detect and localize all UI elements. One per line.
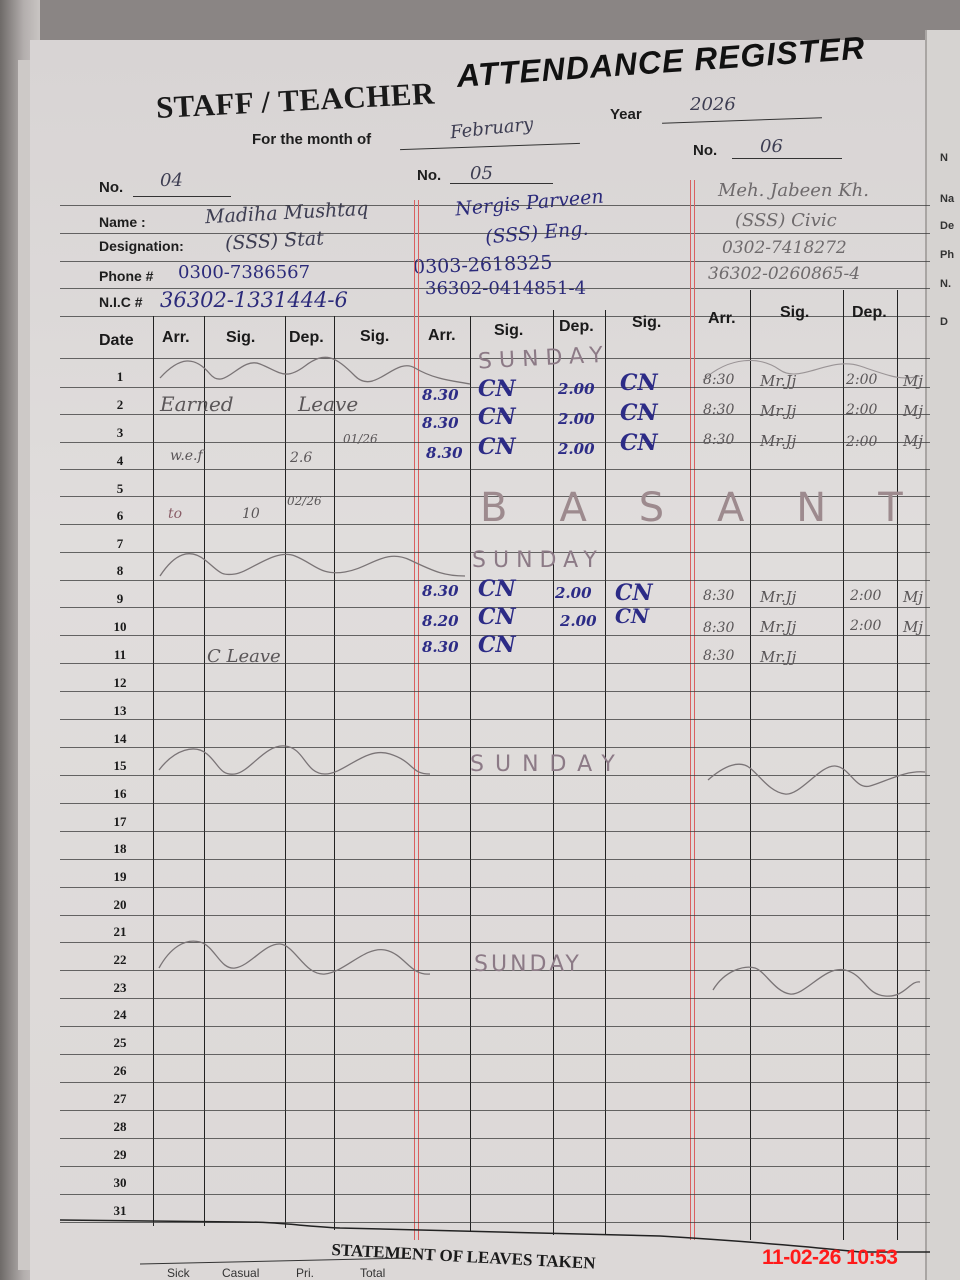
date-cell: 8 (100, 563, 140, 579)
staff3-arrival: 8:30 (703, 402, 734, 418)
staff3-dep-signature: Mj (903, 432, 923, 450)
col-header-dep: Dep. (852, 304, 887, 322)
year-value: 2026 (690, 94, 736, 115)
staff2-arrival: 8.20 (422, 612, 459, 630)
date-cell: 10 (100, 619, 140, 635)
date-cell: 7 (100, 536, 140, 552)
rule (60, 288, 930, 289)
staff3-arrival: 8:30 (703, 588, 734, 604)
date-cell: 14 (100, 731, 140, 747)
col-header-arr: Arr. (428, 327, 456, 345)
date-cell: 31 (100, 1203, 140, 1219)
col-divider (153, 316, 154, 1226)
date-cell: 5 (100, 481, 140, 497)
staff2-dep-signature: CN (620, 430, 658, 456)
date-cell: 19 (100, 869, 140, 885)
rule (60, 261, 930, 262)
date-cell: 30 (100, 1175, 140, 1191)
staff3-arrival: 8:30 (703, 648, 734, 664)
staff2-signature: CN (478, 404, 516, 430)
leave-col-pri: Pri. (296, 1266, 314, 1280)
staff2-signature: CN (478, 434, 516, 460)
staff1-no-value: 04 (160, 170, 183, 191)
staff2-arrival: 8.30 (422, 414, 459, 432)
sunday-annotation: SUNDAY (474, 952, 582, 977)
sunday-wave-mark (155, 744, 475, 779)
col-header-dep: Dep. (559, 318, 594, 336)
next-page-label: Ph (940, 249, 954, 261)
staff1-nic: 36302-1331444-6 (160, 288, 348, 312)
sunday-wave-mark (705, 760, 930, 800)
sunday-wave-mark (155, 548, 470, 580)
staff3-departure: 2:00 (850, 588, 881, 604)
next-page-edge (925, 30, 960, 1280)
staff3-arrival: 8:30 (703, 372, 734, 388)
col-header-sig: Sig. (632, 314, 661, 332)
col-header-dep: Dep. (289, 329, 324, 347)
staff3-nic: 36302-0260865-4 (708, 264, 860, 284)
sunday-wave-mark (155, 938, 475, 978)
wef-note: w.e.f (170, 448, 203, 464)
date-cell: 3 (100, 425, 140, 441)
top-no-value: 06 (760, 136, 783, 157)
staff3-signature: Mr.Jj (760, 588, 796, 606)
top-no-underline (732, 158, 842, 159)
staff2-dep-signature: CN (620, 370, 658, 396)
staff3-name: Meh. Jabeen Kh. (718, 180, 869, 201)
leave-from-date: 2.6 (290, 450, 312, 466)
staff2-arrival: 8.30 (426, 444, 463, 462)
margin-red-line (694, 180, 695, 1240)
staff2-departure: 2.00 (558, 380, 595, 398)
sunday-annotation: SUNDAY (472, 548, 604, 573)
to-note: to (168, 506, 182, 522)
col-header-sig: Sig. (494, 322, 523, 340)
earned-leave-note: Earned (160, 392, 234, 416)
staff3-dep-signature: Mj (903, 402, 923, 420)
leave-col-total: Total (360, 1266, 385, 1280)
staff1-no-underline (133, 196, 231, 197)
date-cell: 27 (100, 1091, 140, 1107)
date-cell: 17 (100, 814, 140, 830)
staff2-no-value: 05 (470, 163, 493, 184)
staff3-signature: Mr.Jj (760, 432, 796, 450)
leave-col-casual: Casual (222, 1266, 259, 1280)
staff2-signature: CN (478, 632, 516, 658)
sunday-wave-mark (710, 960, 925, 1000)
rule (60, 205, 930, 206)
staff3-dep-signature: Mj (903, 588, 923, 606)
next-page-label: N. (940, 278, 951, 290)
col-header-arr: Arr. (162, 329, 190, 347)
rule (60, 233, 930, 234)
staff1-no-label: No. (99, 179, 123, 196)
staff2-dep-signature: CN (620, 400, 658, 426)
date-cell: 2 (100, 397, 140, 413)
next-page-label: De (940, 220, 954, 232)
staff2-arrival: 8.30 (422, 638, 459, 656)
staff3-dep-signature: Mj (903, 372, 923, 390)
col-header-sig: Sig. (780, 304, 809, 322)
next-page-label: D (940, 316, 948, 328)
date-cell: 22 (100, 952, 140, 968)
staff2-dep-signature: CN (615, 580, 653, 606)
date-cell: 16 (100, 786, 140, 802)
date-cell: 23 (100, 980, 140, 996)
col-header-sig: Sig. (226, 329, 255, 347)
top-no-label: No. (693, 142, 717, 159)
date-cell: 12 (100, 675, 140, 691)
staff3-departure: 2:00 (850, 618, 881, 634)
col-header-sig: Sig. (360, 328, 389, 346)
date-cell: 6 (100, 508, 140, 524)
staff2-signature: CN (478, 376, 516, 402)
leave-to-date: 02/26 (287, 494, 322, 508)
date-cell: 26 (100, 1063, 140, 1079)
staff3-phone: 0302-7418272 (722, 238, 847, 258)
date-cell: 29 (100, 1147, 140, 1163)
earned-leave-note: Leave (298, 392, 358, 416)
staff3-signature: Mr.Jj (760, 402, 796, 420)
date-cell: 21 (100, 924, 140, 940)
basant-holiday-annotation: BASANT (480, 485, 955, 531)
leave-to-date: 10 (242, 506, 260, 522)
staff2-no-underline (450, 183, 553, 184)
date-cell: 24 (100, 1007, 140, 1023)
staff3-dep-signature: Mj (903, 618, 923, 636)
staff3-arrival: 8:30 (703, 620, 734, 636)
sunday-annotation: SUNDAY (470, 752, 626, 777)
name-label: Name : (99, 214, 146, 230)
staff2-no-label: No. (417, 167, 441, 184)
staff2-dep-signature: CN (615, 604, 649, 628)
staff2-departure: 2.00 (560, 612, 597, 630)
sunday-wave-mark (155, 356, 475, 386)
leave-from-date: 01/26 (343, 432, 378, 446)
date-cell: 20 (100, 897, 140, 913)
casual-leave-note: C Leave (207, 646, 281, 667)
next-page-label: Na (940, 193, 954, 205)
staff3-signature: Mr.Jj (760, 618, 796, 636)
staff3-departure: 2:00 (846, 434, 877, 450)
date-cell: 25 (100, 1035, 140, 1051)
staff2-departure: 2.00 (558, 440, 595, 458)
month-label: For the month of (252, 131, 371, 148)
staff2-departure: 2.00 (558, 410, 595, 428)
staff2-departure: 2.00 (555, 584, 592, 602)
staff2-signature: CN (478, 576, 516, 602)
staff3-arrival: 8:30 (703, 432, 734, 448)
staff3-departure: 2:00 (846, 402, 877, 418)
nic-label: N.I.C # (99, 294, 143, 310)
col-header-date: Date (99, 332, 134, 350)
date-cell: 4 (100, 453, 140, 469)
staff3-signature: Mr.Jj (760, 372, 796, 390)
date-cell: 1 (100, 369, 140, 385)
date-cell: 28 (100, 1119, 140, 1135)
col-header-arr: Arr. (708, 310, 736, 328)
year-label: Year (610, 106, 642, 123)
date-cell: 13 (100, 703, 140, 719)
staff3-designation: (SSS) Civic (735, 210, 837, 231)
designation-label: Designation: (99, 238, 184, 254)
next-page-label: N (940, 152, 948, 164)
staff2-arrival: 8.30 (422, 386, 459, 404)
date-cell: 11 (100, 647, 140, 663)
camera-timestamp: 11-02-26 10:53 (762, 1246, 897, 1270)
staff3-departure: 2:00 (846, 372, 877, 388)
staff1-phone: 0300-7386567 (178, 262, 310, 283)
leave-col-sick: Sick (167, 1266, 190, 1280)
date-cell: 9 (100, 591, 140, 607)
staff3-signature: Mr.Jj (760, 648, 796, 666)
date-cell: 18 (100, 841, 140, 857)
phone-label: Phone # (99, 268, 153, 284)
staff2-arrival: 8.30 (422, 582, 459, 600)
date-cell: 15 (100, 758, 140, 774)
staff2-signature: CN (478, 604, 516, 630)
margin-red-line (690, 180, 691, 1240)
